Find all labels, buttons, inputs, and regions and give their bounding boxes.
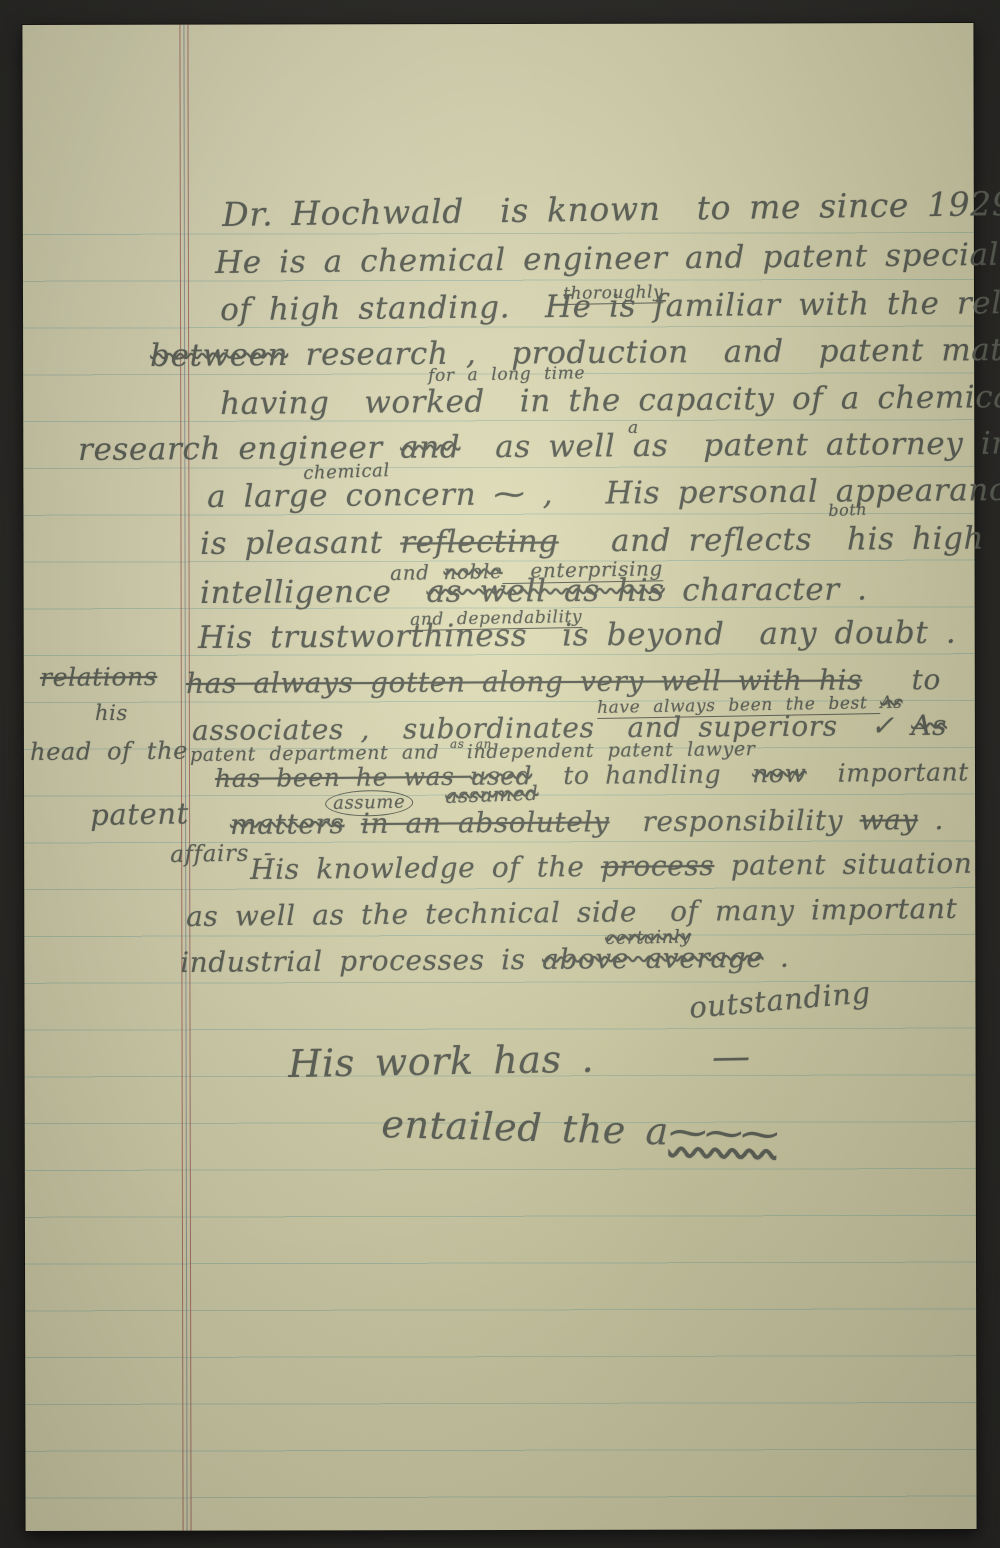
handwriting-segment: way: [860, 803, 919, 836]
handwriting-segment: in an absolutely: [361, 805, 610, 840]
handwriting-segment: research , production and patent matters…: [288, 331, 1000, 373]
handwriting-segment: .: [763, 941, 789, 974]
line-19: His work has . —: [288, 1037, 751, 1085]
margin-head-of-the: head of the: [30, 739, 188, 766]
line-14: has been he was used to handling now imp…: [215, 759, 969, 792]
handwriting-segment: having worked in the capacity of a chemi…: [220, 379, 1000, 422]
handwriting-segment: relations: [40, 662, 157, 692]
handwriting-segment: He is a chemical engineer and patent spe…: [215, 236, 1000, 281]
handwriting-layer: Dr. Hochwald is known to me since 1929 .…: [0, 0, 1000, 1548]
line-15: matters in an absolutely responsibility …: [230, 805, 944, 839]
handwriting-segment: important: [806, 757, 969, 787]
handwriting-segment: industrial processes is: [180, 943, 542, 979]
handwriting-segment: now: [752, 759, 807, 788]
photo-background: Dr. Hochwald is known to me since 1929 .…: [0, 0, 1000, 1548]
handwriting-segment: Dr. Hochwald is known to me since 1929 .: [222, 184, 1000, 234]
line-07: a large concern ⁓ , His personal appeara…: [207, 474, 1000, 514]
handwriting-segment: intelligence: [200, 574, 427, 611]
handwriting-segment: As: [911, 709, 947, 742]
line-01: Dr. Hochwald is known to me since 1929 .: [222, 187, 1000, 233]
handwriting-segment: as well as patent attorney in: [460, 425, 1000, 465]
handwriting-segment: both: [828, 500, 868, 520]
handwriting-segment: head of the: [30, 737, 188, 766]
insert-assumed: assumed: [445, 783, 539, 807]
word-outstanding: outstanding: [688, 977, 872, 1023]
handwriting-segment: reflecting: [400, 523, 559, 560]
line-17: as well as the technical side of many im…: [186, 894, 957, 931]
line-08: is pleasant reflecting and reflects his …: [200, 523, 984, 561]
handwriting-segment: process: [601, 849, 715, 883]
handwriting-segment: as well as the technical side of many im…: [186, 892, 958, 933]
line-02: He is a chemical engineer and patent spe…: [215, 238, 1000, 279]
handwriting-segment: responsibility: [609, 804, 859, 839]
insert-both: both: [828, 502, 868, 520]
handwriting-segment: and: [400, 429, 460, 465]
handwriting-segment: as well as his: [426, 573, 664, 610]
handwriting-segment: [344, 807, 361, 840]
margin-his: his: [95, 702, 128, 724]
handwriting-segment: patent situation: [714, 847, 972, 882]
line-10: His trustworthiness is beyond any doubt …: [198, 616, 1000, 655]
line-05: having worked in the capacity of a chemi…: [220, 381, 1000, 421]
handwriting-segment: assumed: [445, 781, 539, 808]
margin-relations: relations: [40, 664, 157, 691]
handwriting-segment: His work has . —: [288, 1034, 751, 1086]
handwriting-segment: to: [862, 663, 941, 696]
handwriting-segment: patent: [90, 796, 189, 832]
handwriting-segment: and reflects his high: [559, 521, 985, 560]
handwriting-segment: ⁓⁓⁓: [668, 1110, 777, 1157]
handwriting-segment: character .: [665, 572, 868, 609]
handwriting-segment: His trustworthiness is beyond any doubt …: [198, 614, 1000, 656]
line-16: His knowledge of the process patent situ…: [250, 849, 973, 885]
handwriting-segment: His knowledge of the: [250, 850, 601, 886]
line-09: intelligence as well as his character .: [200, 574, 868, 610]
handwriting-segment: above average: [542, 941, 763, 976]
line-06: research engineer and as well as patent …: [78, 427, 1000, 466]
handwriting-segment: matters: [230, 807, 345, 841]
handwriting-segment: outstanding: [688, 975, 872, 1025]
handwriting-segment: to handling: [532, 759, 752, 790]
handwriting-segment: a large concern ⁓ , His personal appeara…: [207, 472, 1000, 515]
handwriting-segment: .: [918, 803, 944, 836]
handwriting-segment: his: [95, 701, 128, 725]
line-03: of high standing. He is familiar with th…: [220, 286, 1000, 326]
handwriting-segment: between: [150, 337, 288, 374]
line-20: entailed the a⁓⁓⁓: [381, 1105, 777, 1155]
margin-patent: patent: [90, 798, 189, 830]
handwriting-segment: of high standing. He is familiar with th…: [220, 284, 1000, 328]
handwriting-segment: has been he was: [215, 762, 470, 793]
handwriting-segment: is pleasant: [200, 525, 400, 562]
handwriting-segment: entailed the a: [381, 1102, 670, 1154]
line-18: industrial processes is above average .: [180, 943, 790, 978]
